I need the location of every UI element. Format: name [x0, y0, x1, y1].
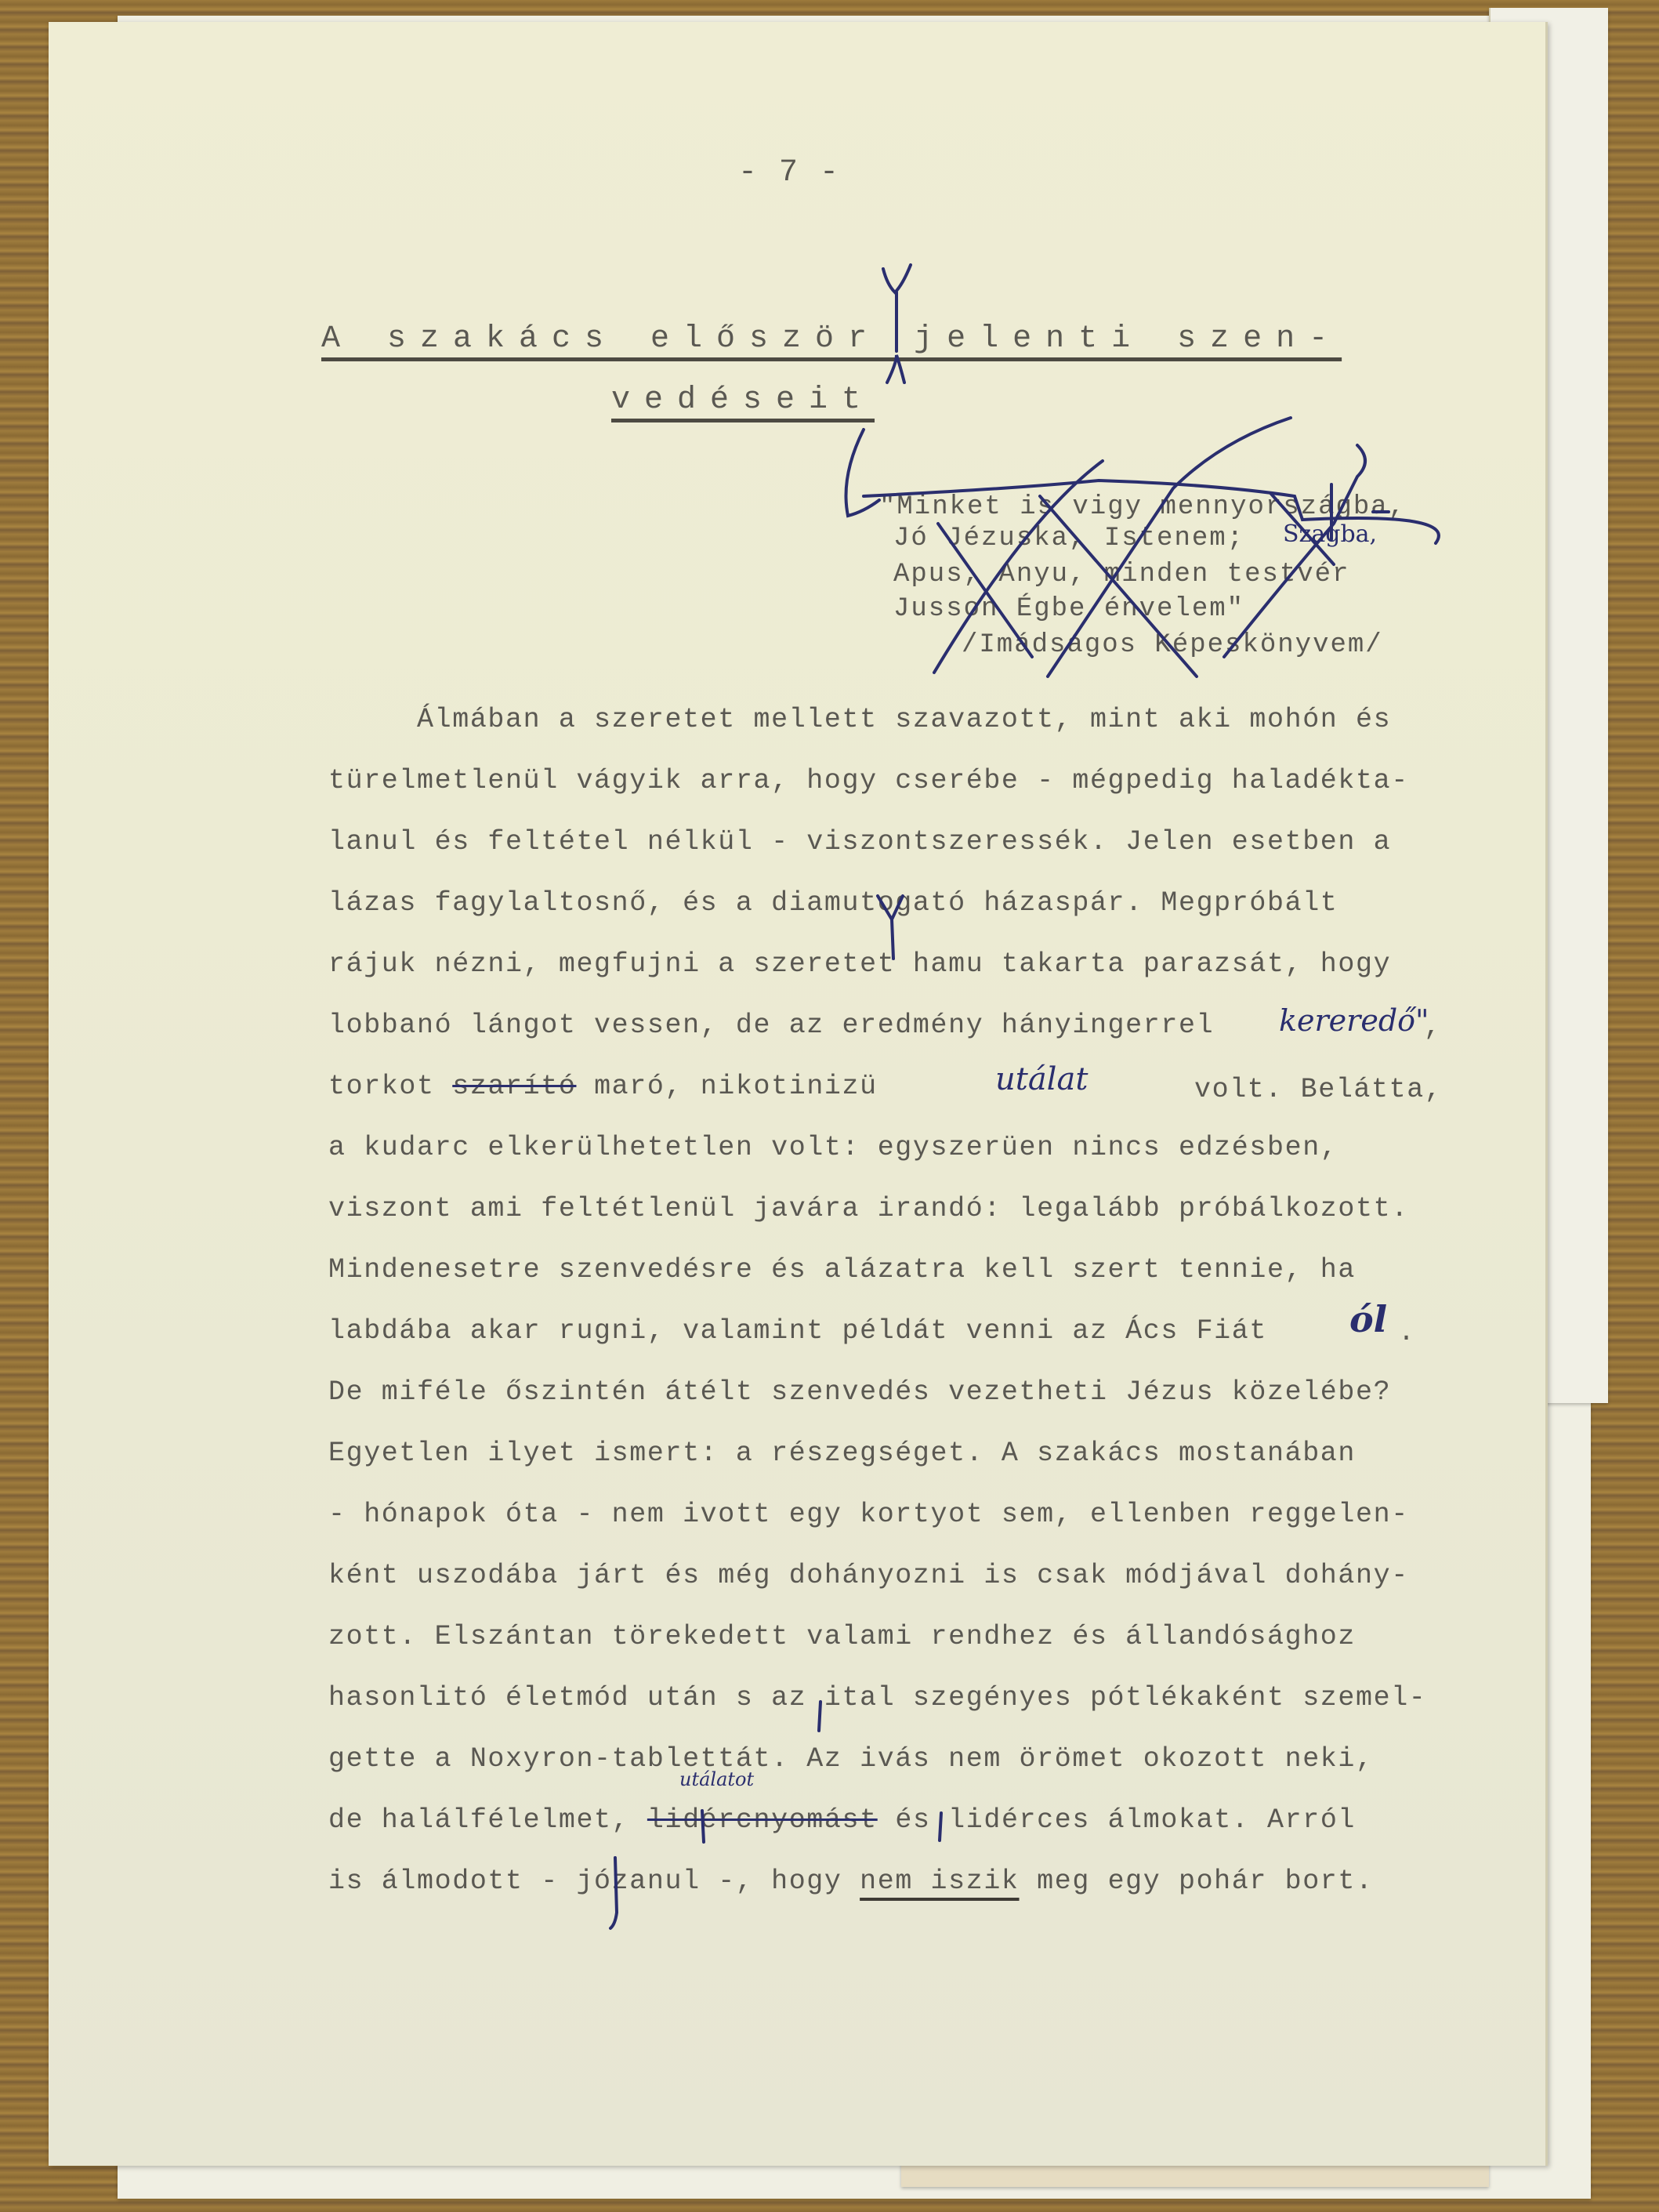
chapter-title-line-1: A szakács először jelenti szen-	[321, 321, 1342, 357]
body-line: a kudarc elkerülhetetlen volt: egyszerüe…	[328, 1132, 1338, 1163]
body-line: Álmában a szeretet mellett szavazott, mi…	[328, 704, 1391, 735]
epigraph-line: Jó Jézuska, Istenem;	[893, 524, 1244, 553]
body-line-text: és lidérces álmokat. Arról	[878, 1804, 1356, 1836]
epigraph-line: Apus, Anyu, minden testvér	[893, 560, 1350, 589]
body-line: lobbanó lángot vessen, de az eredmény há…	[328, 1010, 1214, 1041]
handwritten-utalat: utálat	[995, 1061, 1088, 1097]
handwritten-ol: ól	[1349, 1298, 1387, 1340]
body-line: zott. Elszántan törekedett valami rendhe…	[328, 1621, 1356, 1652]
struck-word: szarító	[452, 1071, 576, 1102]
body-line-text: is álmodott - józanul -, hogy	[328, 1866, 842, 1897]
body-line: lázas fagylaltosnő, és a diamutogató ház…	[328, 887, 1338, 919]
body-line: ként uszodába járt és még dohányozni is …	[328, 1560, 1409, 1591]
handwritten-kereredo: kereredő"	[1279, 1003, 1429, 1038]
chapter-title-line-2: vedéseit	[611, 383, 875, 418]
body-line: torkot szarító maró, nikotinizü	[328, 1071, 895, 1102]
epigraph-line: Jusson Égbe énvelem"	[893, 594, 1244, 624]
body-line-text: maró, nikotinizü	[576, 1071, 895, 1102]
struck-word: lidércnyomást	[647, 1804, 878, 1836]
body-line: de halálfélelmet, lidércnyomást és lidér…	[328, 1804, 1356, 1836]
epigraph-source: /Imádságos Képeskönyvem/	[962, 630, 1383, 660]
body-line: hasonlitó életmód után s az ital szegény…	[328, 1682, 1426, 1713]
underlined-phrase: nem iszik	[860, 1866, 1019, 1897]
body-line-text: labdába akar rugni, valamint példát venn…	[328, 1315, 1267, 1347]
body-line: türelmetlenül vágyik arra, hogy cserébe …	[328, 765, 1409, 796]
body-line-text: torkot	[328, 1071, 435, 1102]
body-line: Mindenesetre szenvedésre és alázatra kel…	[328, 1254, 1356, 1285]
page-number: - 7 -	[738, 155, 840, 190]
body-line: gette a Noxyron-tablettát. Az ivás nem ö…	[328, 1743, 1374, 1775]
body-line: viszont ami feltétlenül javára irandó: l…	[328, 1193, 1409, 1224]
body-line: lanul és feltétel nélkül - viszontszeres…	[328, 826, 1391, 858]
body-line: - hónapok óta - nem ivott egy kortyot se…	[328, 1499, 1409, 1530]
body-line-text: meg egy pohár bort.	[1020, 1866, 1374, 1897]
body-line-tail: volt. Belátta,	[1194, 1074, 1442, 1105]
body-line: labdába akar rugni, valamint példát venn…	[328, 1315, 1267, 1347]
comma: ,	[1424, 1011, 1442, 1043]
handwritten-correction-szagba: Szagba,	[1283, 520, 1377, 548]
period: .	[1398, 1317, 1416, 1348]
body-line: rájuk nézni, megfujni a szeretet hamu ta…	[328, 948, 1391, 980]
body-line: De miféle őszintén átélt szenvedés vezet…	[328, 1376, 1391, 1408]
body-line: Egyetlen ilyet ismert: a részegséget. A …	[328, 1438, 1356, 1469]
body-line-text: de halálfélelmet,	[328, 1804, 629, 1836]
epigraph-line: "Minket is vigy mennyországba,	[879, 492, 1406, 522]
body-line-text: lobbanó lángot vessen, de az eredmény há…	[328, 1010, 1214, 1041]
handwritten-insertion-above: utálatot	[679, 1768, 754, 1790]
body-line: is álmodott - józanul -, hogy nem iszik …	[328, 1866, 1374, 1897]
typewritten-page: - 7 - A szakács először jelenti szen- ve…	[49, 22, 1548, 2166]
